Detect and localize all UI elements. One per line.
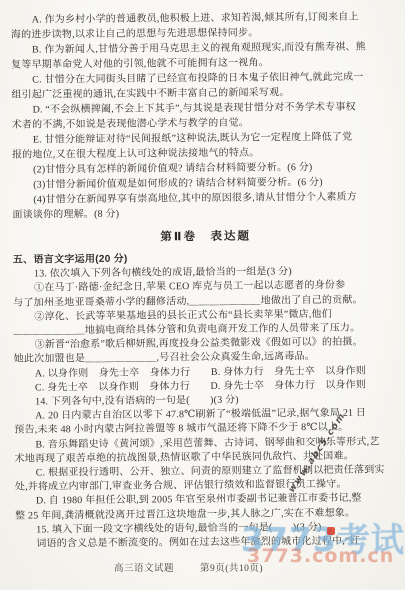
site-watermark-url: 3773.com.cn	[247, 545, 394, 567]
site-watermark-dot	[327, 527, 335, 535]
question-block-language-use: 五、语言文字运用(20 分) 13. 依次填入下列各句横线处的成语,最恰当的一组…	[13, 250, 402, 552]
section-heading-part2: 第Ⅱ卷 表达题	[13, 226, 399, 247]
text-line: 面谈谈你的理解。(8 分)	[12, 204, 398, 222]
exam-page: A. 作为乡村小学的普通教员,他积极上进、求知若渴,倾其所有,订阅来自上 海的进…	[0, 0, 405, 590]
page-content: A. 作为乡村小学的普通教员,他积极上进、求知若渴,倾其所有,订阅来自上 海的进…	[0, 0, 405, 552]
question-block-reading: A. 作为乡村小学的普通教员,他积极上进、求知若渴,倾其所有,订阅来自上 海的进…	[11, 9, 399, 222]
footer-doc-title: 高三语文试题	[114, 564, 174, 574]
